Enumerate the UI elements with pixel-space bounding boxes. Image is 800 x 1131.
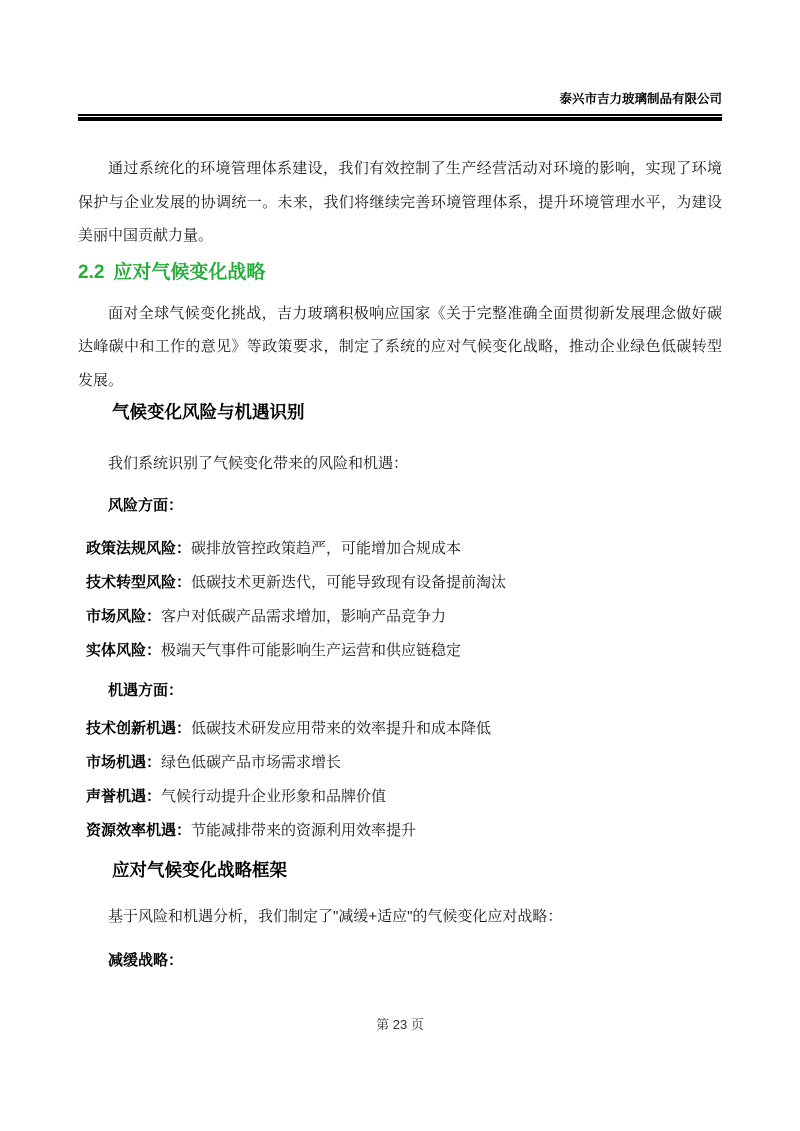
risk-item-text: 低碳技术更新迭代，可能导致现有设备提前淘汰: [191, 574, 506, 591]
opportunity-item-label: 市场机遇：: [86, 754, 161, 771]
opportunity-item-label: 技术创新机遇：: [86, 720, 191, 737]
risk-item-label: 实体风险：: [86, 642, 161, 659]
intro-paragraph: 通过系统化的环境管理体系建设，我们有效控制了生产经营活动对环境的影响，实现了环境…: [78, 152, 722, 253]
risk-item-label: 市场风险：: [86, 608, 161, 625]
page-footer: 第 23 页: [0, 1016, 800, 1034]
header-rule-thick-line: [78, 117, 722, 121]
page-number: 第 23 页: [0, 1016, 800, 1034]
risk-item-text: 碳排放管控政策趋严，可能增加合规成本: [191, 540, 461, 557]
strategy-framework-lead: 基于风险和机遇分析，我们制定了"减缓+适应"的气候变化应对战略：: [78, 907, 722, 927]
risk-item-text: 客户对低碳产品需求增加，影响产品竞争力: [161, 608, 446, 625]
page-body: 通过系统化的环境管理体系建设，我们有效控制了生产经营活动对环境的影响，实现了环境…: [0, 152, 800, 971]
risk-item-label: 政策法规风险：: [86, 540, 191, 557]
risks-opportunities-lead: 我们系统识别了气候变化带来的风险和机遇：: [78, 454, 722, 474]
risk-item: 技术转型风险：低碳技术更新迭代，可能导致现有设备提前淘汰: [86, 573, 722, 593]
section-heading: 2.2应对气候变化战略: [78, 259, 722, 287]
section-title: 应对气候变化战略: [113, 262, 265, 283]
opportunity-item-text: 节能减排带来的资源利用效率提升: [191, 822, 416, 839]
section-number: 2.2: [78, 262, 104, 283]
opportunity-item-label: 声誉机遇：: [86, 788, 161, 805]
opportunity-item-text: 气候行动提升企业形象和品牌价值: [161, 788, 386, 805]
subsection-title-strategy-framework: 应对气候变化战略框架: [112, 857, 722, 883]
risk-item: 市场风险：客户对低碳产品需求增加，影响产品竞争力: [86, 607, 722, 627]
header-rule: [78, 114, 722, 121]
risk-item: 政策法规风险：碳排放管控政策趋严，可能增加合规成本: [86, 539, 722, 559]
opportunity-item-label: 资源效率机遇：: [86, 822, 191, 839]
opportunity-item-text: 低碳技术研发应用带来的效率提升和成本降低: [191, 720, 491, 737]
mitigation-strategy-label: 减缓战略：: [108, 951, 722, 971]
opportunity-item: 技术创新机遇：低碳技术研发应用带来的效率提升和成本降低: [86, 719, 722, 739]
opportunity-item: 资源效率机遇：节能减排带来的资源利用效率提升: [86, 821, 722, 841]
risk-item-text: 极端天气事件可能影响生产运营和供应链稳定: [161, 642, 461, 659]
opportunity-item-text: 绿色低碳产品市场需求增长: [161, 754, 341, 771]
section-intro-paragraph: 面对全球气候变化挑战，吉力玻璃积极响应国家《关于完整准确全面贯彻新发展理念做好碳…: [78, 297, 722, 398]
risk-item: 实体风险：极端天气事件可能影响生产运营和供应链稳定: [86, 641, 722, 661]
document-page: 泰兴市吉力玻璃制品有限公司 通过系统化的环境管理体系建设，我们有效控制了生产经营…: [0, 0, 800, 1131]
opportunity-item: 声誉机遇：气候行动提升企业形象和品牌价值: [86, 787, 722, 807]
risk-item-label: 技术转型风险：: [86, 574, 191, 591]
page-header: 泰兴市吉力玻璃制品有限公司: [0, 0, 800, 121]
opportunity-aspect-label: 机遇方面：: [108, 681, 722, 701]
subsection-title-risks-opportunities: 气候变化风险与机遇识别: [112, 399, 722, 425]
opportunity-item: 市场机遇：绿色低碳产品市场需求增长: [86, 753, 722, 773]
risk-aspect-label: 风险方面：: [108, 496, 722, 516]
header-company-name: 泰兴市吉力玻璃制品有限公司: [78, 92, 722, 107]
